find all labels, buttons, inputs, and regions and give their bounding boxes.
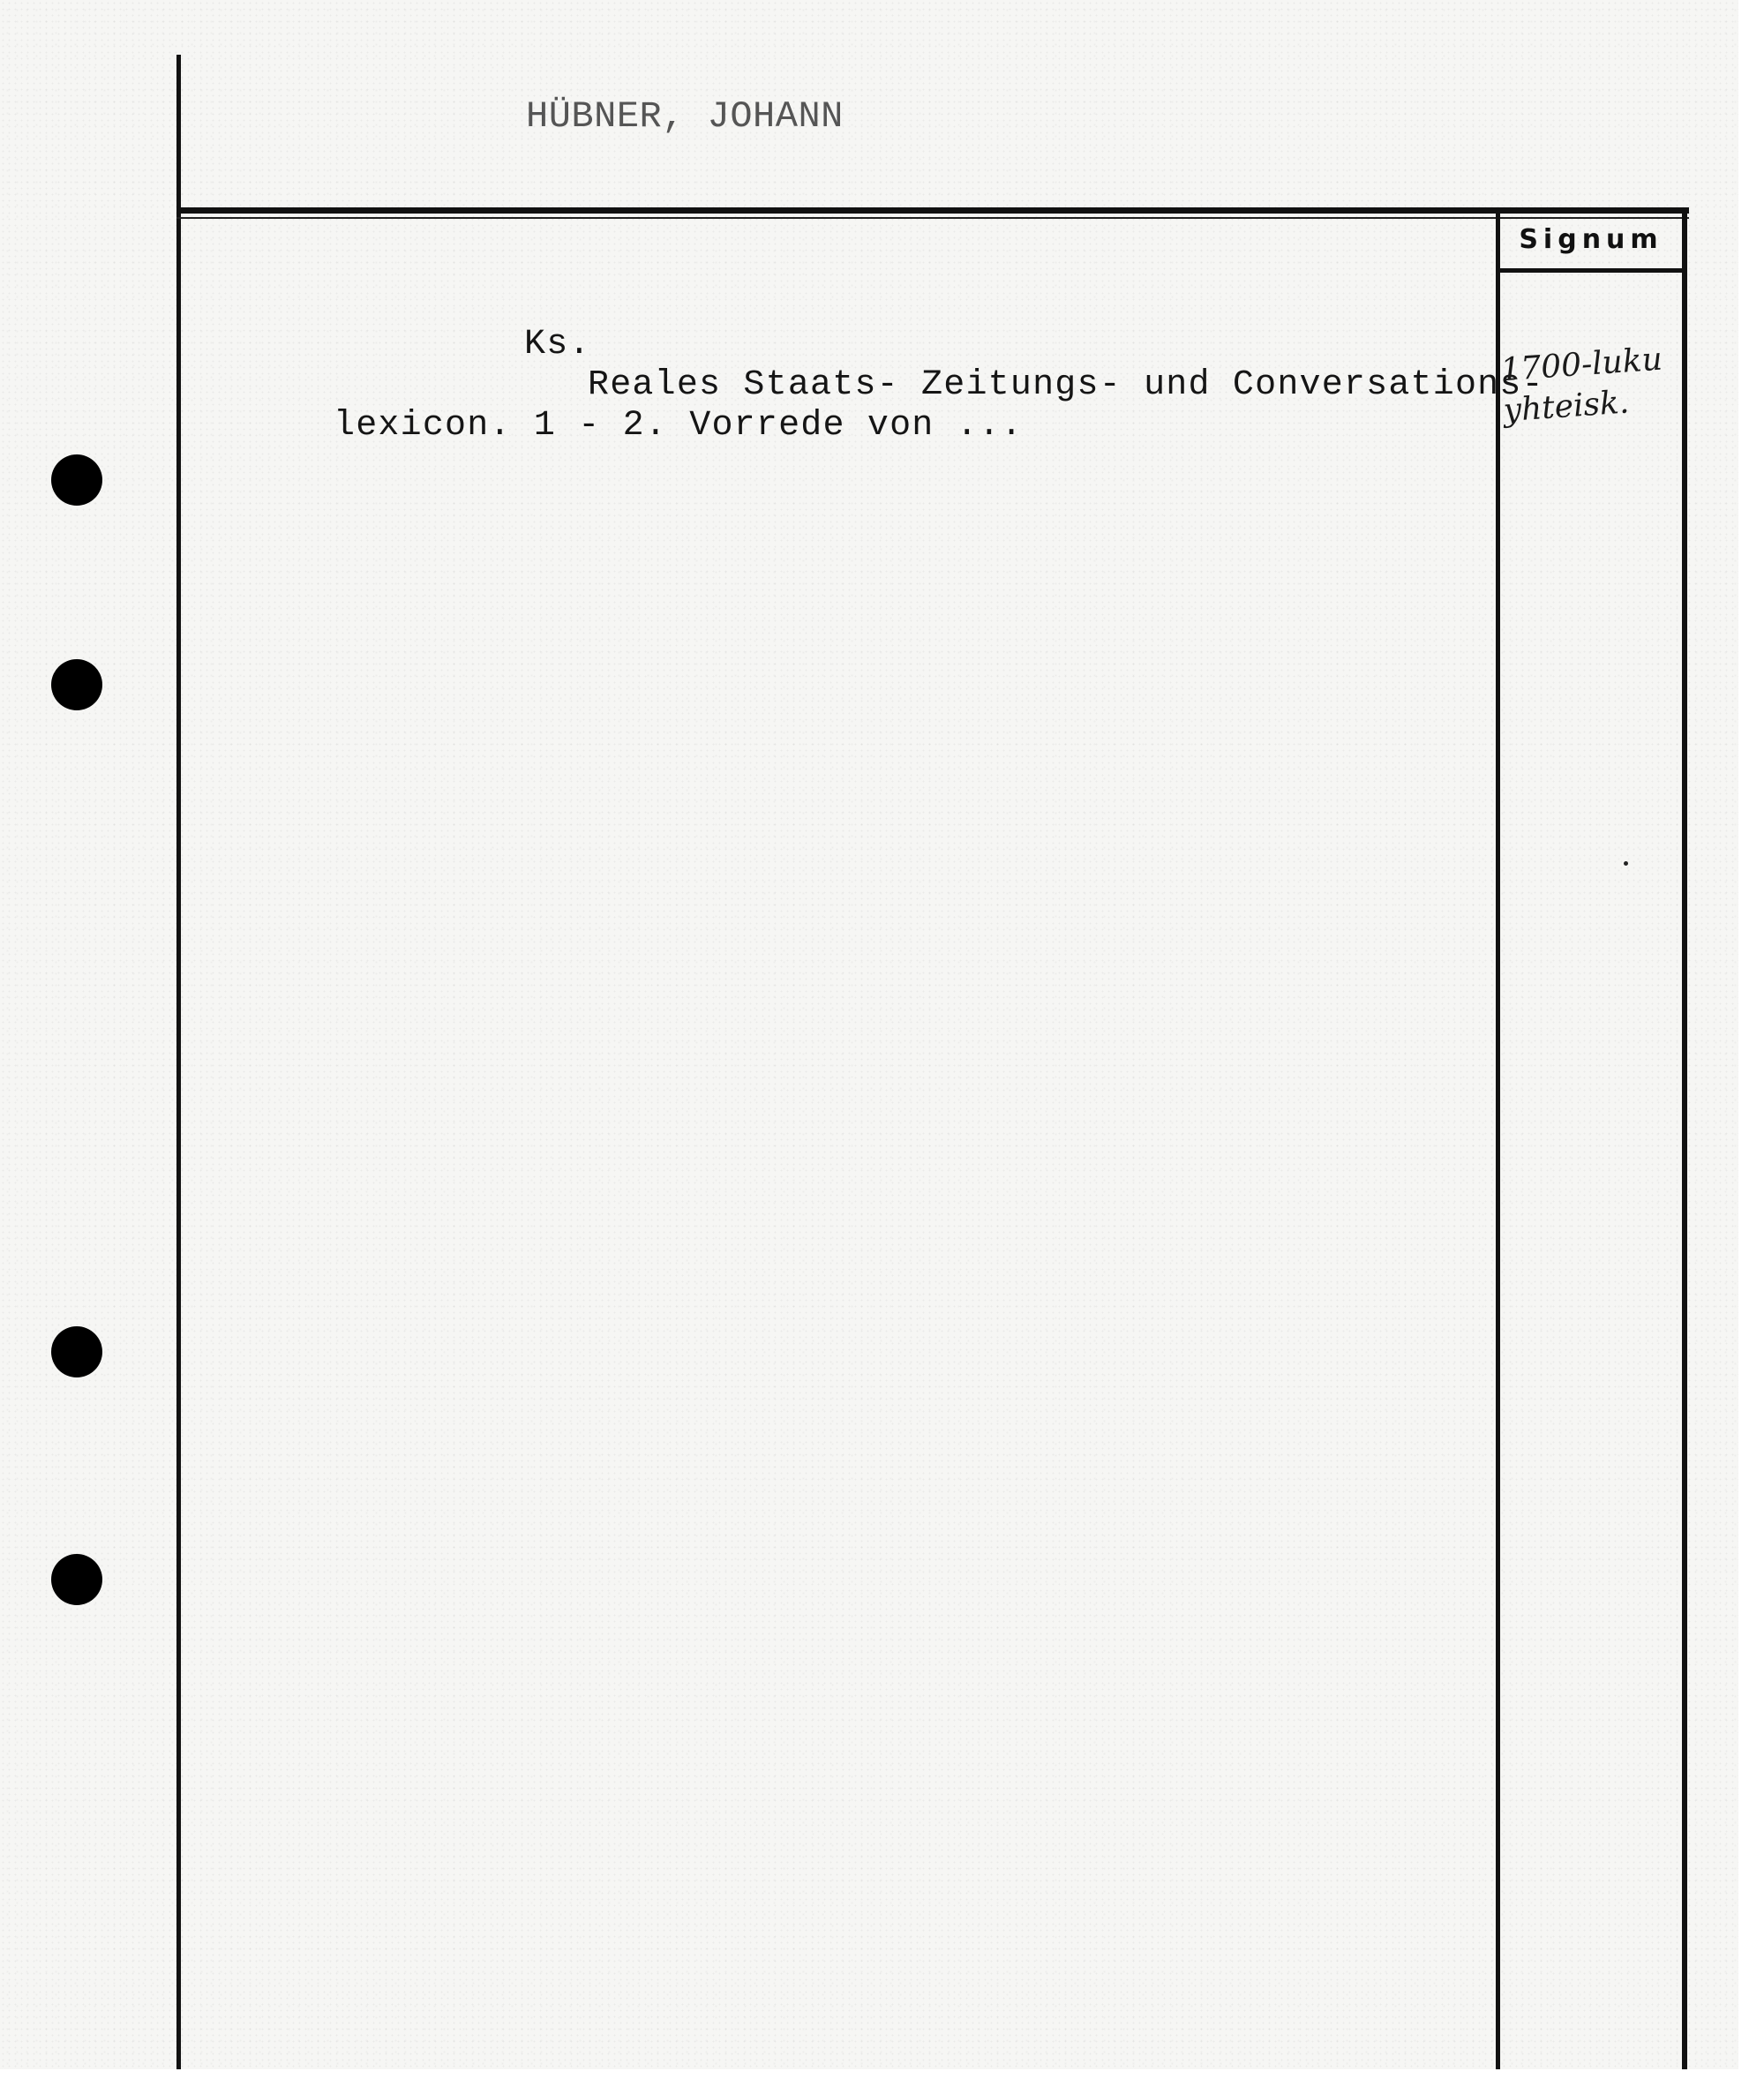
ink-speck [1624, 861, 1628, 866]
signum-column-right-rule [1682, 210, 1687, 2069]
location-code: Ks. [524, 325, 591, 364]
signum-column-left-rule [1496, 214, 1500, 2069]
card-heading-author: HÜBNER, JOHANN [526, 95, 844, 138]
title-line-2: lexicon. 1 - 2. Vorrede von ... [334, 406, 1023, 446]
catalog-card: HÜBNER, JOHANN Signum Ks. Reales Staats-… [0, 0, 1738, 2069]
title-line-1: Reales Staats- Zeitungs- und Conversatio… [588, 365, 1544, 405]
header-rule-thick [176, 207, 1689, 214]
left-margin-rule [176, 55, 181, 2069]
header-rule-thin [176, 217, 1689, 219]
signum-header-rule [1496, 268, 1687, 273]
handwritten-signum-note: 1700-luku yhteisk. [1499, 338, 1690, 432]
punch-hole [51, 659, 102, 710]
signum-column-label: Signum [1500, 224, 1682, 255]
punch-hole [51, 454, 102, 506]
punch-hole [51, 1554, 102, 1605]
punch-hole [51, 1326, 102, 1377]
